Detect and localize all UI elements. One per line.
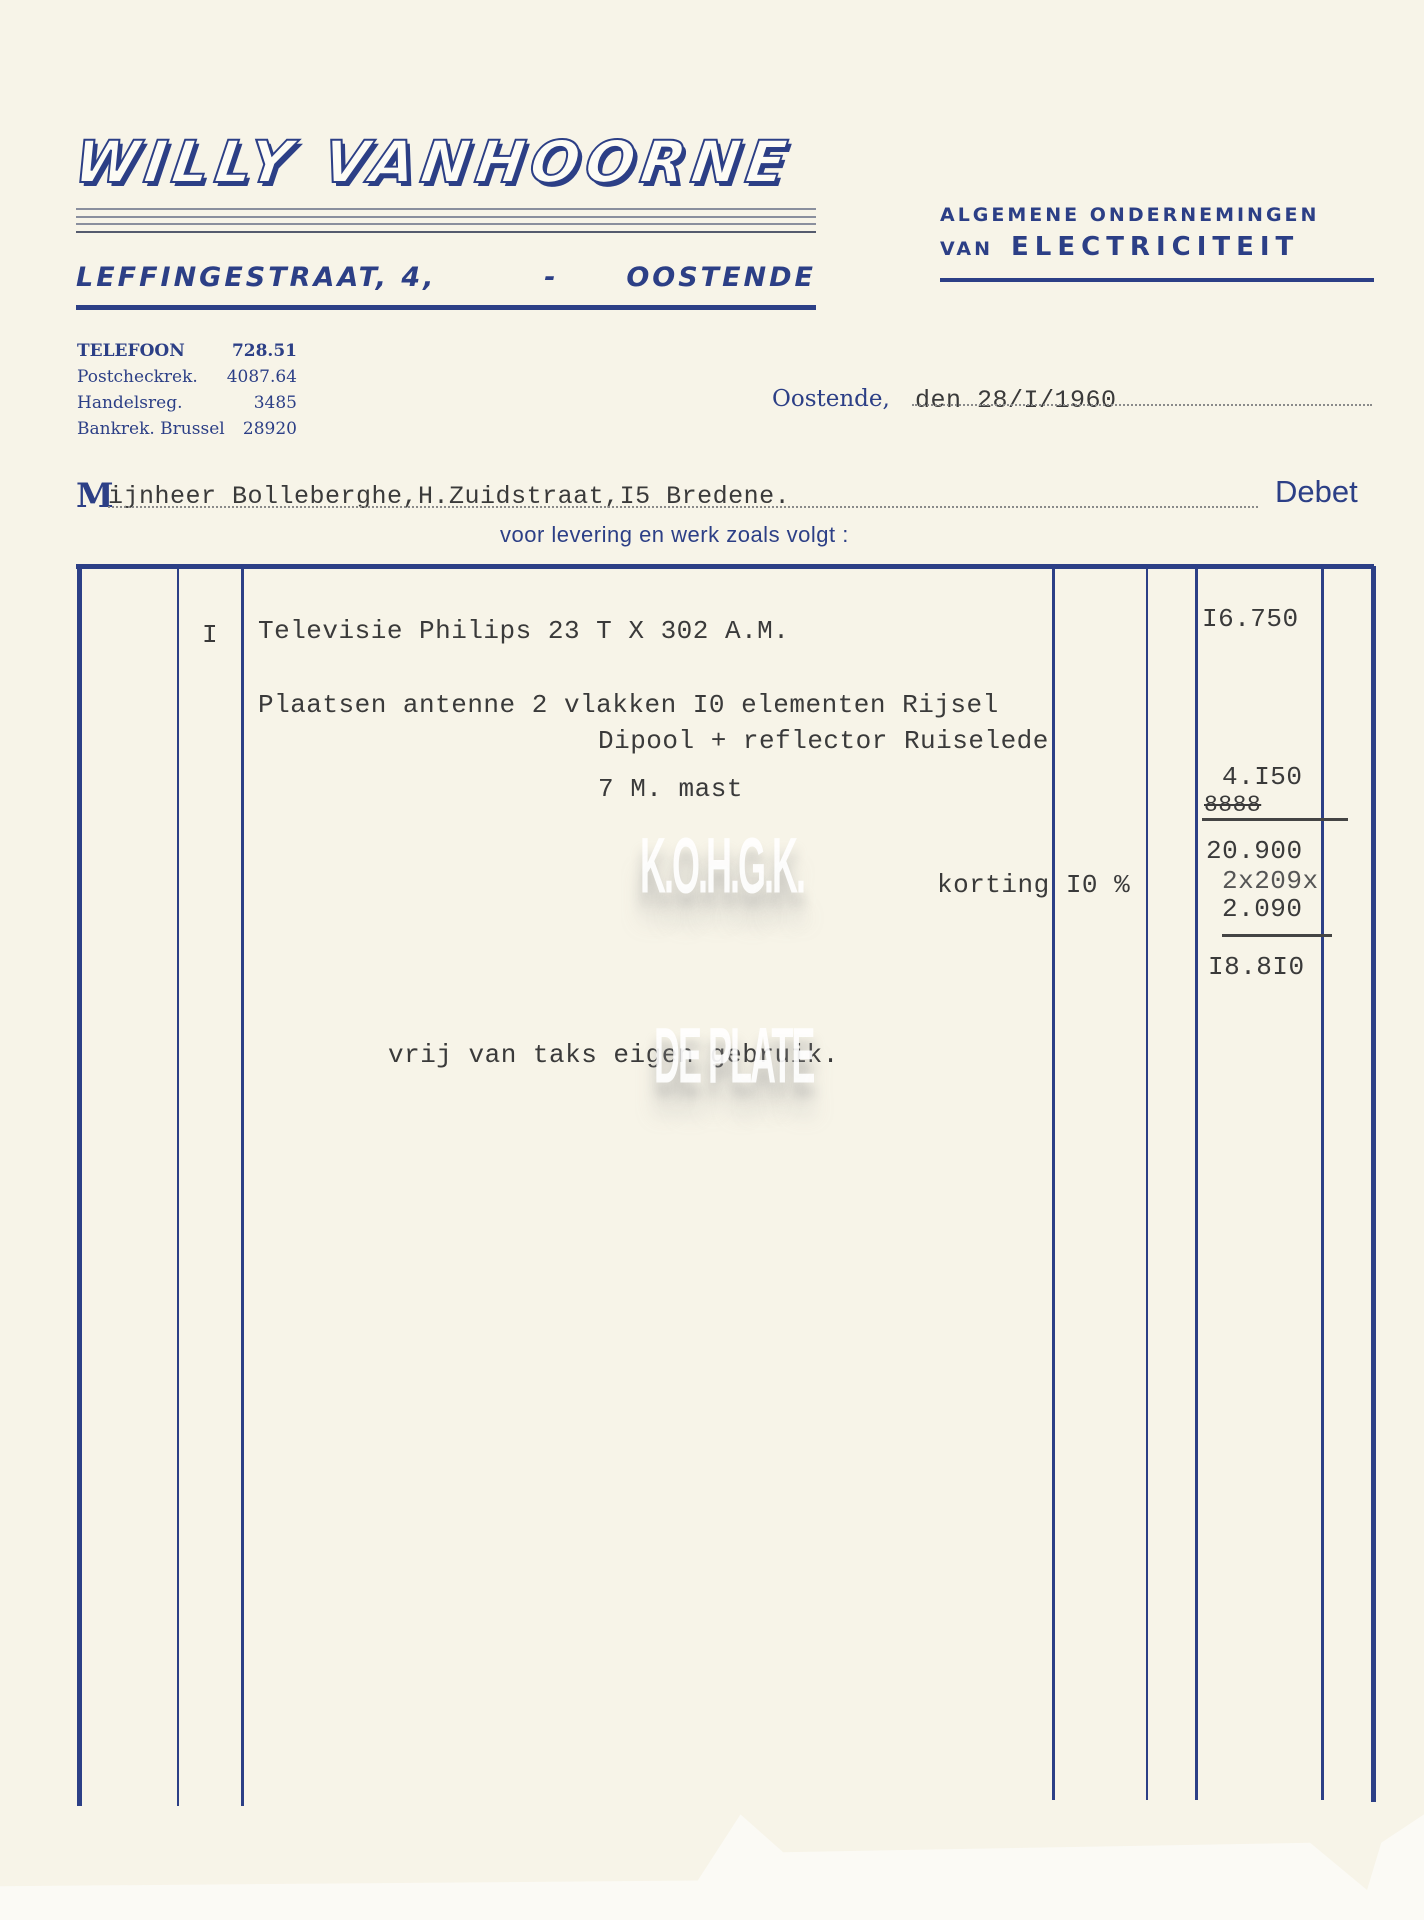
line-description: Dipool + reflector Ruiselede: [598, 726, 1049, 756]
watermark: DE PLATE: [654, 1010, 813, 1102]
table-top-rule: [76, 564, 1374, 569]
contact-label: Bankrek. Brussel: [77, 416, 225, 442]
company-name-logo: WILLY VANHOORNE: [70, 128, 797, 196]
city: OOSTENDE: [626, 262, 816, 293]
header-rule: [76, 208, 816, 210]
tagline-rule: [940, 278, 1374, 282]
struck-amount: 8888: [1204, 792, 1261, 818]
line-description: Televisie Philips 23 T X 302 A.M.: [258, 616, 789, 646]
line-description: Plaatsen antenne 2 vlakken I0 elementen …: [258, 690, 999, 720]
contact-label: Handelsreg.: [77, 390, 183, 416]
discount-label: korting I0 %: [937, 870, 1130, 900]
company-address: LEFFINGESTRAAT, 4, - OOSTENDE: [76, 262, 816, 293]
line-amount: I6.750: [1202, 604, 1299, 634]
column-divider: [1321, 568, 1324, 1800]
contact-value: 728.51: [232, 338, 297, 364]
contact-postcheck: Postcheckrek.4087.64: [77, 364, 297, 390]
debet-label: Debet: [1275, 474, 1358, 510]
company-tagline: ALGEMENE ONDERNEMINGEN VANELECTRICITEIT: [940, 204, 1319, 262]
column-divider: [177, 568, 179, 1806]
header-rule: [76, 231, 816, 233]
contact-label: TELEFOON: [77, 338, 185, 364]
date-dotted-line: [912, 404, 1372, 406]
contact-label: Postcheckrek.: [77, 364, 198, 390]
column-divider: [1146, 568, 1148, 1800]
discount-amount: 2.090: [1222, 894, 1303, 924]
contact-details: TELEFOON728.51 Postcheckrek.4087.64 Hand…: [77, 338, 297, 442]
header-rule: [76, 223, 816, 225]
contact-value: 28920: [243, 416, 297, 442]
watermark: K.O.H.G.K.: [640, 820, 804, 912]
tagline-van: VAN: [940, 238, 993, 260]
column-divider: [1195, 568, 1198, 1800]
tagline-electriciteit: ELECTRICITEIT: [1011, 232, 1299, 262]
tagline-line2: VANELECTRICITEIT: [940, 232, 1319, 262]
subtotal-rule: [1202, 818, 1348, 821]
total-rule: [1222, 934, 1332, 937]
contact-value: 3485: [254, 390, 297, 416]
invoice-subtitle: voor levering en werk zoals volgt :: [500, 522, 849, 548]
column-divider: [1052, 568, 1055, 1800]
table-right-border: [1371, 566, 1376, 1802]
invoice-date: den 28/I/1960: [915, 386, 1117, 415]
contact-handelsreg: Handelsreg.3485: [77, 390, 297, 416]
tagline-line1: ALGEMENE ONDERNEMINGEN: [940, 204, 1319, 226]
line-description: 7 M. mast: [598, 774, 743, 804]
address-rule: [76, 305, 816, 310]
total-amount: I8.8I0: [1208, 952, 1305, 982]
column-divider: [241, 568, 244, 1806]
place-label: Oostende,: [772, 386, 890, 412]
contact-phone: TELEFOON728.51: [77, 338, 297, 364]
contact-bank: Bankrek. Brussel28920: [77, 416, 297, 442]
address-separator: -: [544, 262, 558, 293]
table-left-border: [77, 566, 82, 1806]
contact-value: 4087.64: [227, 364, 297, 390]
recipient-dotted-line: [108, 506, 1258, 508]
header-rule: [76, 216, 816, 218]
line-qty: I: [202, 620, 218, 650]
discount-struck: 2x209x: [1222, 866, 1319, 896]
line-amount: 4.I50: [1222, 762, 1303, 792]
street: LEFFINGESTRAAT, 4,: [76, 262, 436, 293]
subtotal-amount: 20.900: [1206, 836, 1303, 866]
